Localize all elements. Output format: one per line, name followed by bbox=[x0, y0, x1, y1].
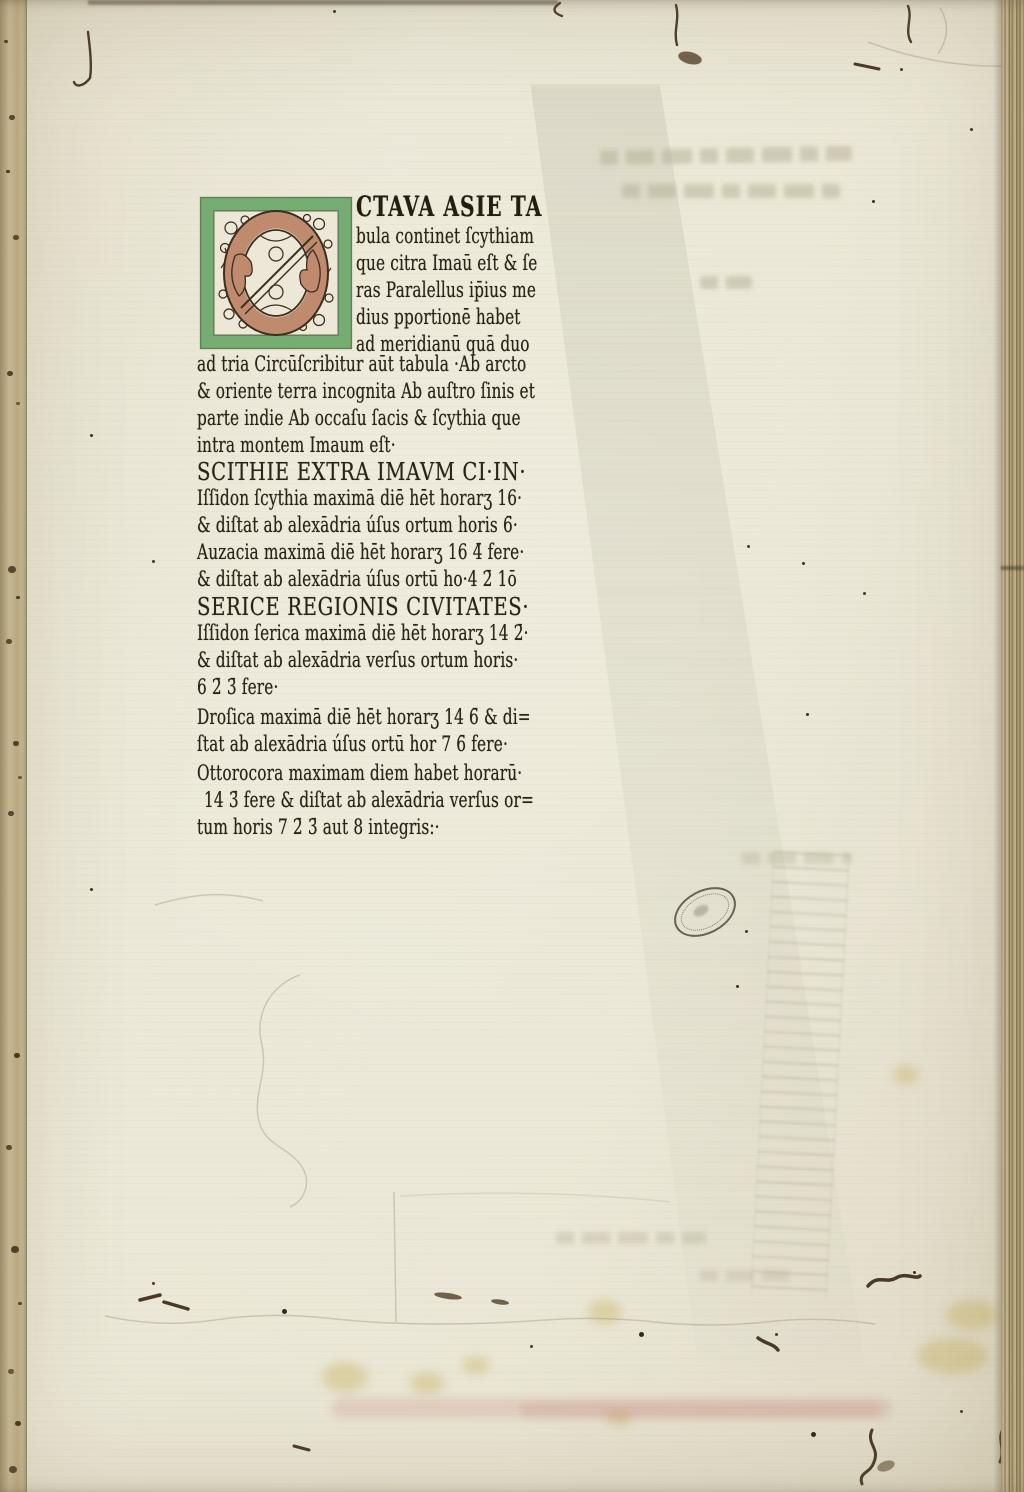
scanned-book-page: CTAVA ASIE TA bula continet ſcythiam que… bbox=[0, 0, 1024, 1492]
scan-vignette bbox=[0, 0, 1024, 1492]
